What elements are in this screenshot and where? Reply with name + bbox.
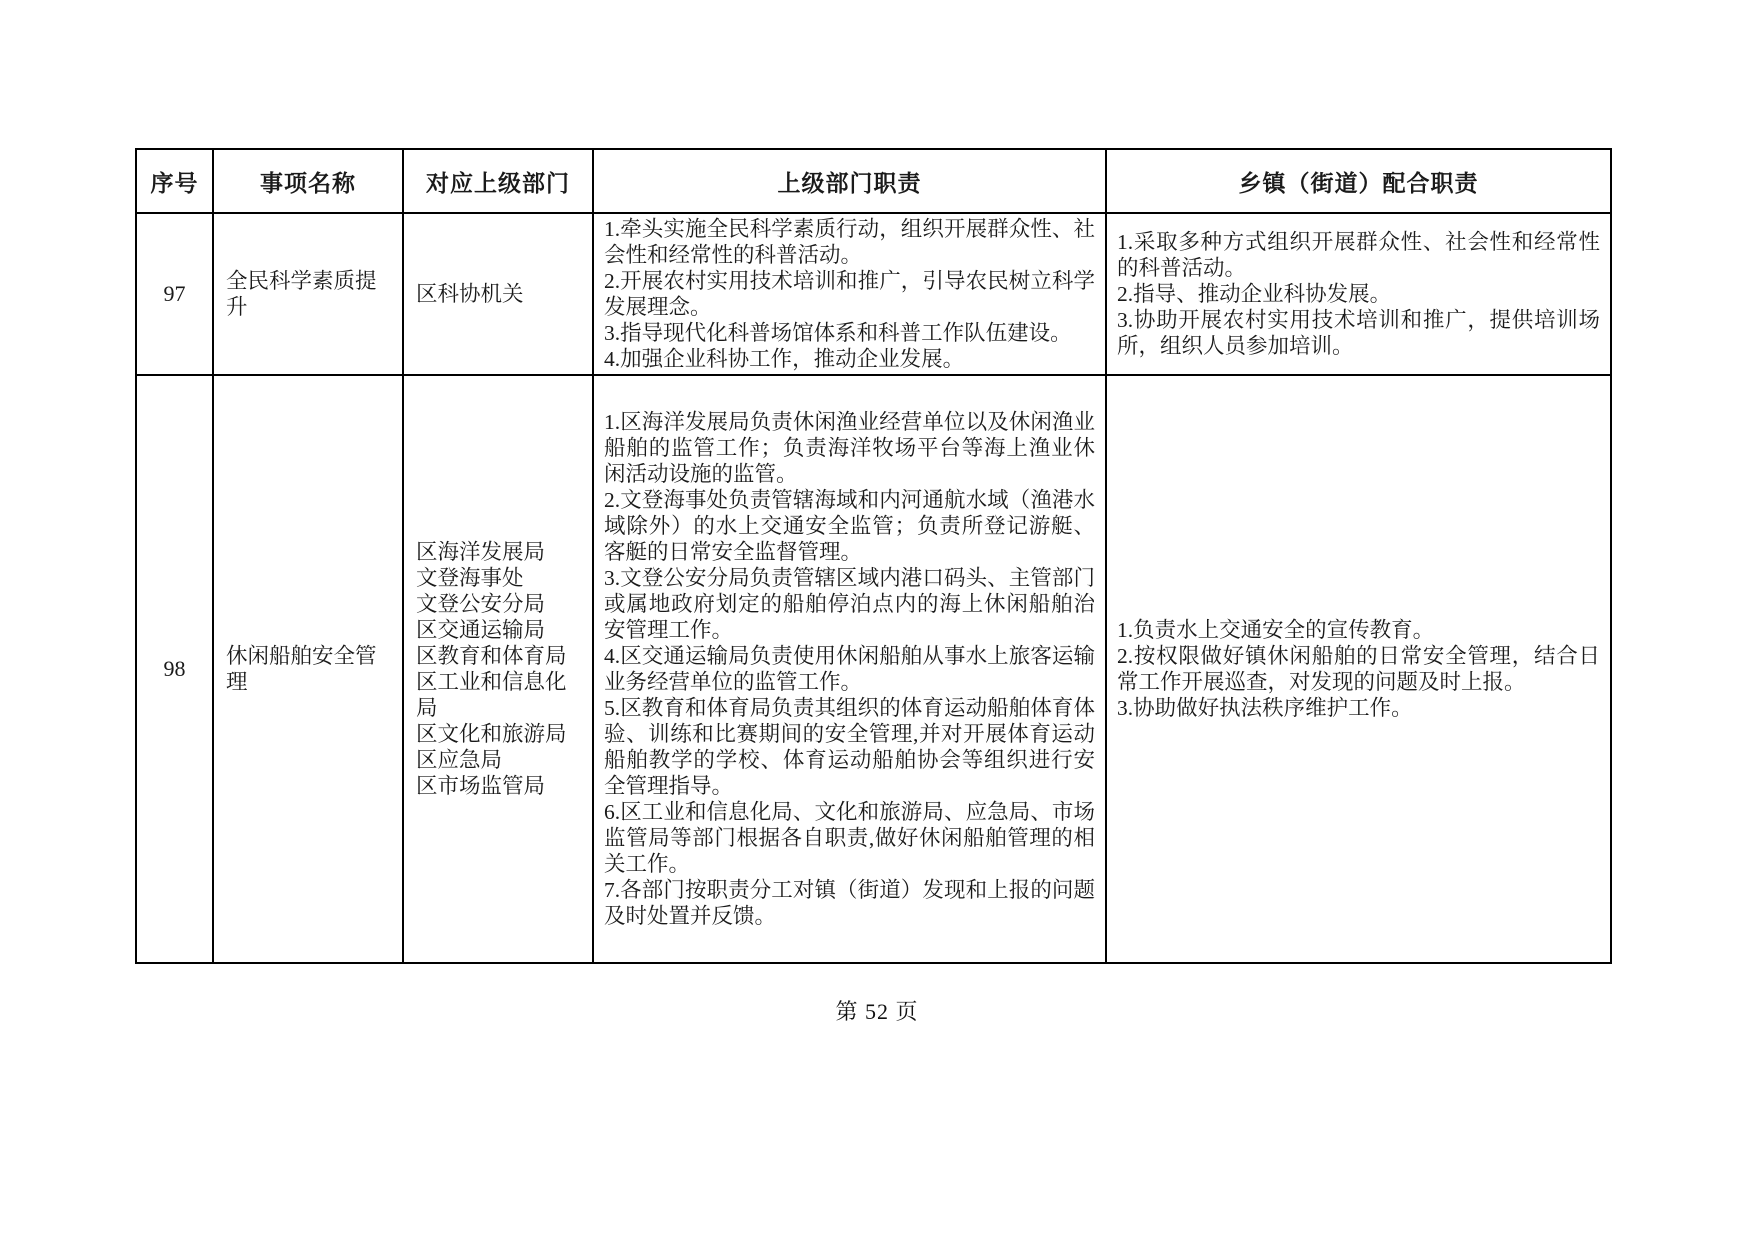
header-item-name: 事项名称 [213, 149, 403, 213]
document-page: 序号 事项名称 对应上级部门 上级部门职责 乡镇（街道）配合职责 97 全民科学… [0, 0, 1754, 1240]
table-row: 98 休闲船舶安全管理 区海洋发展局 文登海事处 文登公安分局 区交通运输局 区… [136, 375, 1611, 963]
row-item-name: 休闲船舶安全管理 [213, 375, 403, 963]
row-township-duties: 1.负责水上交通安全的宣传教育。 2.按权限做好镇休闲船舶的日常安全管理，结合日… [1106, 375, 1611, 963]
header-superior-duties: 上级部门职责 [593, 149, 1106, 213]
row-superior-duties: 1.牵头实施全民科学素质行动，组织开展群众性、社会性和经常性的科普活动。 2.开… [593, 213, 1106, 375]
header-township-duties: 乡镇（街道）配合职责 [1106, 149, 1611, 213]
table-header-row: 序号 事项名称 对应上级部门 上级部门职责 乡镇（街道）配合职责 [136, 149, 1611, 213]
row-serial-number: 98 [136, 375, 213, 963]
table-row: 97 全民科学素质提升 区科协机关 1.牵头实施全民科学素质行动，组织开展群众性… [136, 213, 1611, 375]
page-number: 第 52 页 [0, 995, 1754, 1026]
responsibility-table: 序号 事项名称 对应上级部门 上级部门职责 乡镇（街道）配合职责 97 全民科学… [135, 148, 1612, 964]
row-item-name: 全民科学素质提升 [213, 213, 403, 375]
row-superior-departments: 区科协机关 [403, 213, 593, 375]
row-superior-departments: 区海洋发展局 文登海事处 文登公安分局 区交通运输局 区教育和体育局 区工业和信… [403, 375, 593, 963]
row-superior-duties: 1.区海洋发展局负责休闲渔业经营单位以及休闲渔业船舶的监管工作；负责海洋牧场平台… [593, 375, 1106, 963]
row-township-duties: 1.采取多种方式组织开展群众性、社会性和经常性的科普活动。 2.指导、推动企业科… [1106, 213, 1611, 375]
header-serial-number: 序号 [136, 149, 213, 213]
row-serial-number: 97 [136, 213, 213, 375]
header-superior-department: 对应上级部门 [403, 149, 593, 213]
